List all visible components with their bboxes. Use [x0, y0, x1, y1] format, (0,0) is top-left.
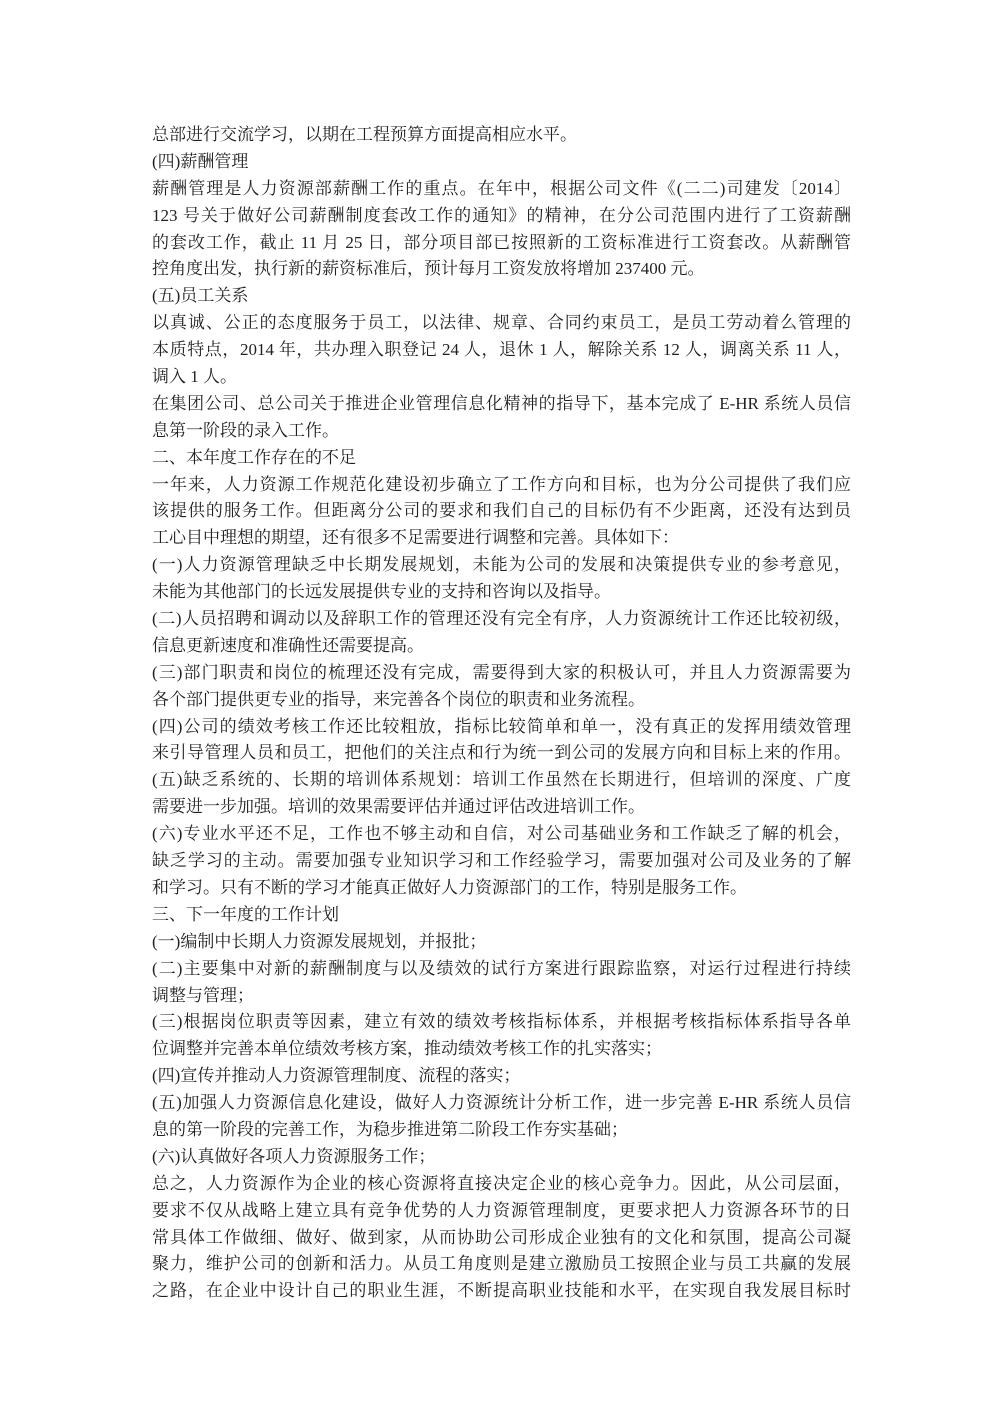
document-line: 需要进一步加强。培训的效果需要评估并通过评估改进培训工作。 — [152, 794, 851, 821]
document-line: 缺乏学习的主动。需要加强专业知识学习和工作经验学习，需要加强对公司及业务的了解 — [152, 848, 851, 875]
document-line: (四)宣传并推动人力资源管理制度、流程的落实； — [152, 1063, 851, 1090]
document-line: 息第一阶段的录入工作。 — [152, 418, 851, 445]
document-line: 总之，人力资源作为企业的核心资源将直接决定企业的核心竞争力。因此，从公司层面， — [152, 1171, 851, 1198]
document-line: 工心目中理想的期望，还有很多不足需要进行调整和完善。具体如下： — [152, 525, 851, 552]
document-line: 来引导管理人员和员工，把他们的关注点和行为统一到公司的发展方向和目标上来的作用。 — [152, 740, 851, 767]
document-line: 123 号关于做好公司薪酬制度套改工作的通知》的精神，在分公司范围内进行了工资薪… — [152, 203, 851, 230]
document-line: 以真诚、公正的态度服务于员工，以法律、规章、合同约束员工，是员工劳动着么管理的 — [152, 310, 851, 337]
document-line: 总部进行交流学习，以期在工程预算方面提高相应水平。 — [152, 122, 851, 149]
document-line: 薪酬管理是人力资源部薪酬工作的重点。在年中，根据公司文件《(二二)司建发〔201… — [152, 176, 851, 203]
document-line: 位调整并完善本单位绩效考核方案，推动绩效考核工作的扎实落实； — [152, 1036, 851, 1063]
document-line: 要求不仅从战略上建立具有竞争优势的人力资源管理制度，更要求把人力资源各环节的日 — [152, 1198, 851, 1225]
document-line: (三)根据岗位职责等因素，建立有效的绩效考核指标体系，并根据考核指标体系指导各单 — [152, 1009, 851, 1036]
document-line: 未能为其他部门的长远发展提供专业的支持和咨询以及指导。 — [152, 579, 851, 606]
document-line: (六)认真做好各项人力资源服务工作； — [152, 1144, 851, 1171]
document-line: (五)缺乏系统的、长期的培训体系规划：培训工作虽然在长期进行，但培训的深度、广度 — [152, 767, 851, 794]
document-line: 控角度出发，执行新的薪资标准后，预计每月工资发放将增加 237400 元。 — [152, 256, 851, 283]
document-line: 本质特点，2014 年，共办理入职登记 24 人，退休 1 人，解除关系 12 … — [152, 337, 851, 364]
document-line: (五)员工关系 — [152, 283, 851, 310]
document-line: 聚力，维护公司的创新和活力。从员工角度则是建立激励员工按照企业与员工共赢的发展 — [152, 1251, 851, 1278]
document-line: 常具体工作做细、做好、做到家，从而协助公司形成企业独有的文化和氛围，提高公司凝 — [152, 1225, 851, 1252]
document-line: (四)公司的绩效考核工作还比较粗放，指标比较简单和单一，没有真正的发挥用绩效管理 — [152, 714, 851, 741]
document-line: 一年来，人力资源工作规范化建设初步确立了工作方向和目标，也为分公司提供了我们应 — [152, 472, 851, 499]
document-line: 之路，在企业中设计自己的职业生涯，不断提高职业技能和水平，在实现自我发展目标时 — [152, 1278, 851, 1305]
document-line: (二)主要集中对新的薪酬制度与以及绩效的试行方案进行跟踪监察，对运行过程进行持续 — [152, 956, 851, 983]
document-line: 该提供的服务工作。但距离分公司的要求和我们自己的目标仍有不少距离，还没有达到员 — [152, 498, 851, 525]
document-line: (五)加强人力资源信息化建设，做好人力资源统计分析工作，进一步完善 E-HR 系… — [152, 1090, 851, 1117]
document-line: 息的第一阶段的完善工作，为稳步推进第二阶段工作夯实基础； — [152, 1117, 851, 1144]
document-line: 和学习。只有不断的学习才能真正做好人力资源部门的工作，特别是服务工作。 — [152, 875, 851, 902]
document-line: (一)人力资源管理缺乏中长期发展规划，未能为公司的发展和决策提供专业的参考意见， — [152, 552, 851, 579]
document-line: (三)部门职责和岗位的梳理还没有完成，需要得到大家的积极认可，并且人力资源需要为 — [152, 660, 851, 687]
document-line: 三、下一年度的工作计划 — [152, 902, 851, 929]
document-line: 调入 1 人。 — [152, 364, 851, 391]
document-line: (一)编制中长期人力资源发展规划，并报批； — [152, 929, 851, 956]
document-line: 在集团公司、总公司关于推进企业管理信息化精神的指导下，基本完成了 E-HR 系统… — [152, 391, 851, 418]
document-line: 调整与管理； — [152, 983, 851, 1010]
document-line: (二)人员招聘和调动以及辞职工作的管理还没有完全有序，人力资源统计工作还比较初级… — [152, 606, 851, 633]
document-line: 二、本年度工作存在的不足 — [152, 445, 851, 472]
document-line: (四)薪酬管理 — [152, 149, 851, 176]
document-page: 总部进行交流学习，以期在工程预算方面提高相应水平。(四)薪酬管理薪酬管理是人力资… — [0, 0, 1000, 1415]
document-line: 信息更新速度和准确性还需要提高。 — [152, 633, 851, 660]
document-line: 的套改工作，截止 11 月 25 日，部分项目部已按照新的工资标准进行工资套改。… — [152, 230, 851, 257]
document-line: 各个部门提供更专业的指导，来完善各个岗位的职责和业务流程。 — [152, 687, 851, 714]
document-line: (六)专业水平还不足，工作也不够主动和自信，对公司基础业务和工作缺乏了解的机会， — [152, 821, 851, 848]
document-body: 总部进行交流学习，以期在工程预算方面提高相应水平。(四)薪酬管理薪酬管理是人力资… — [152, 122, 851, 1305]
